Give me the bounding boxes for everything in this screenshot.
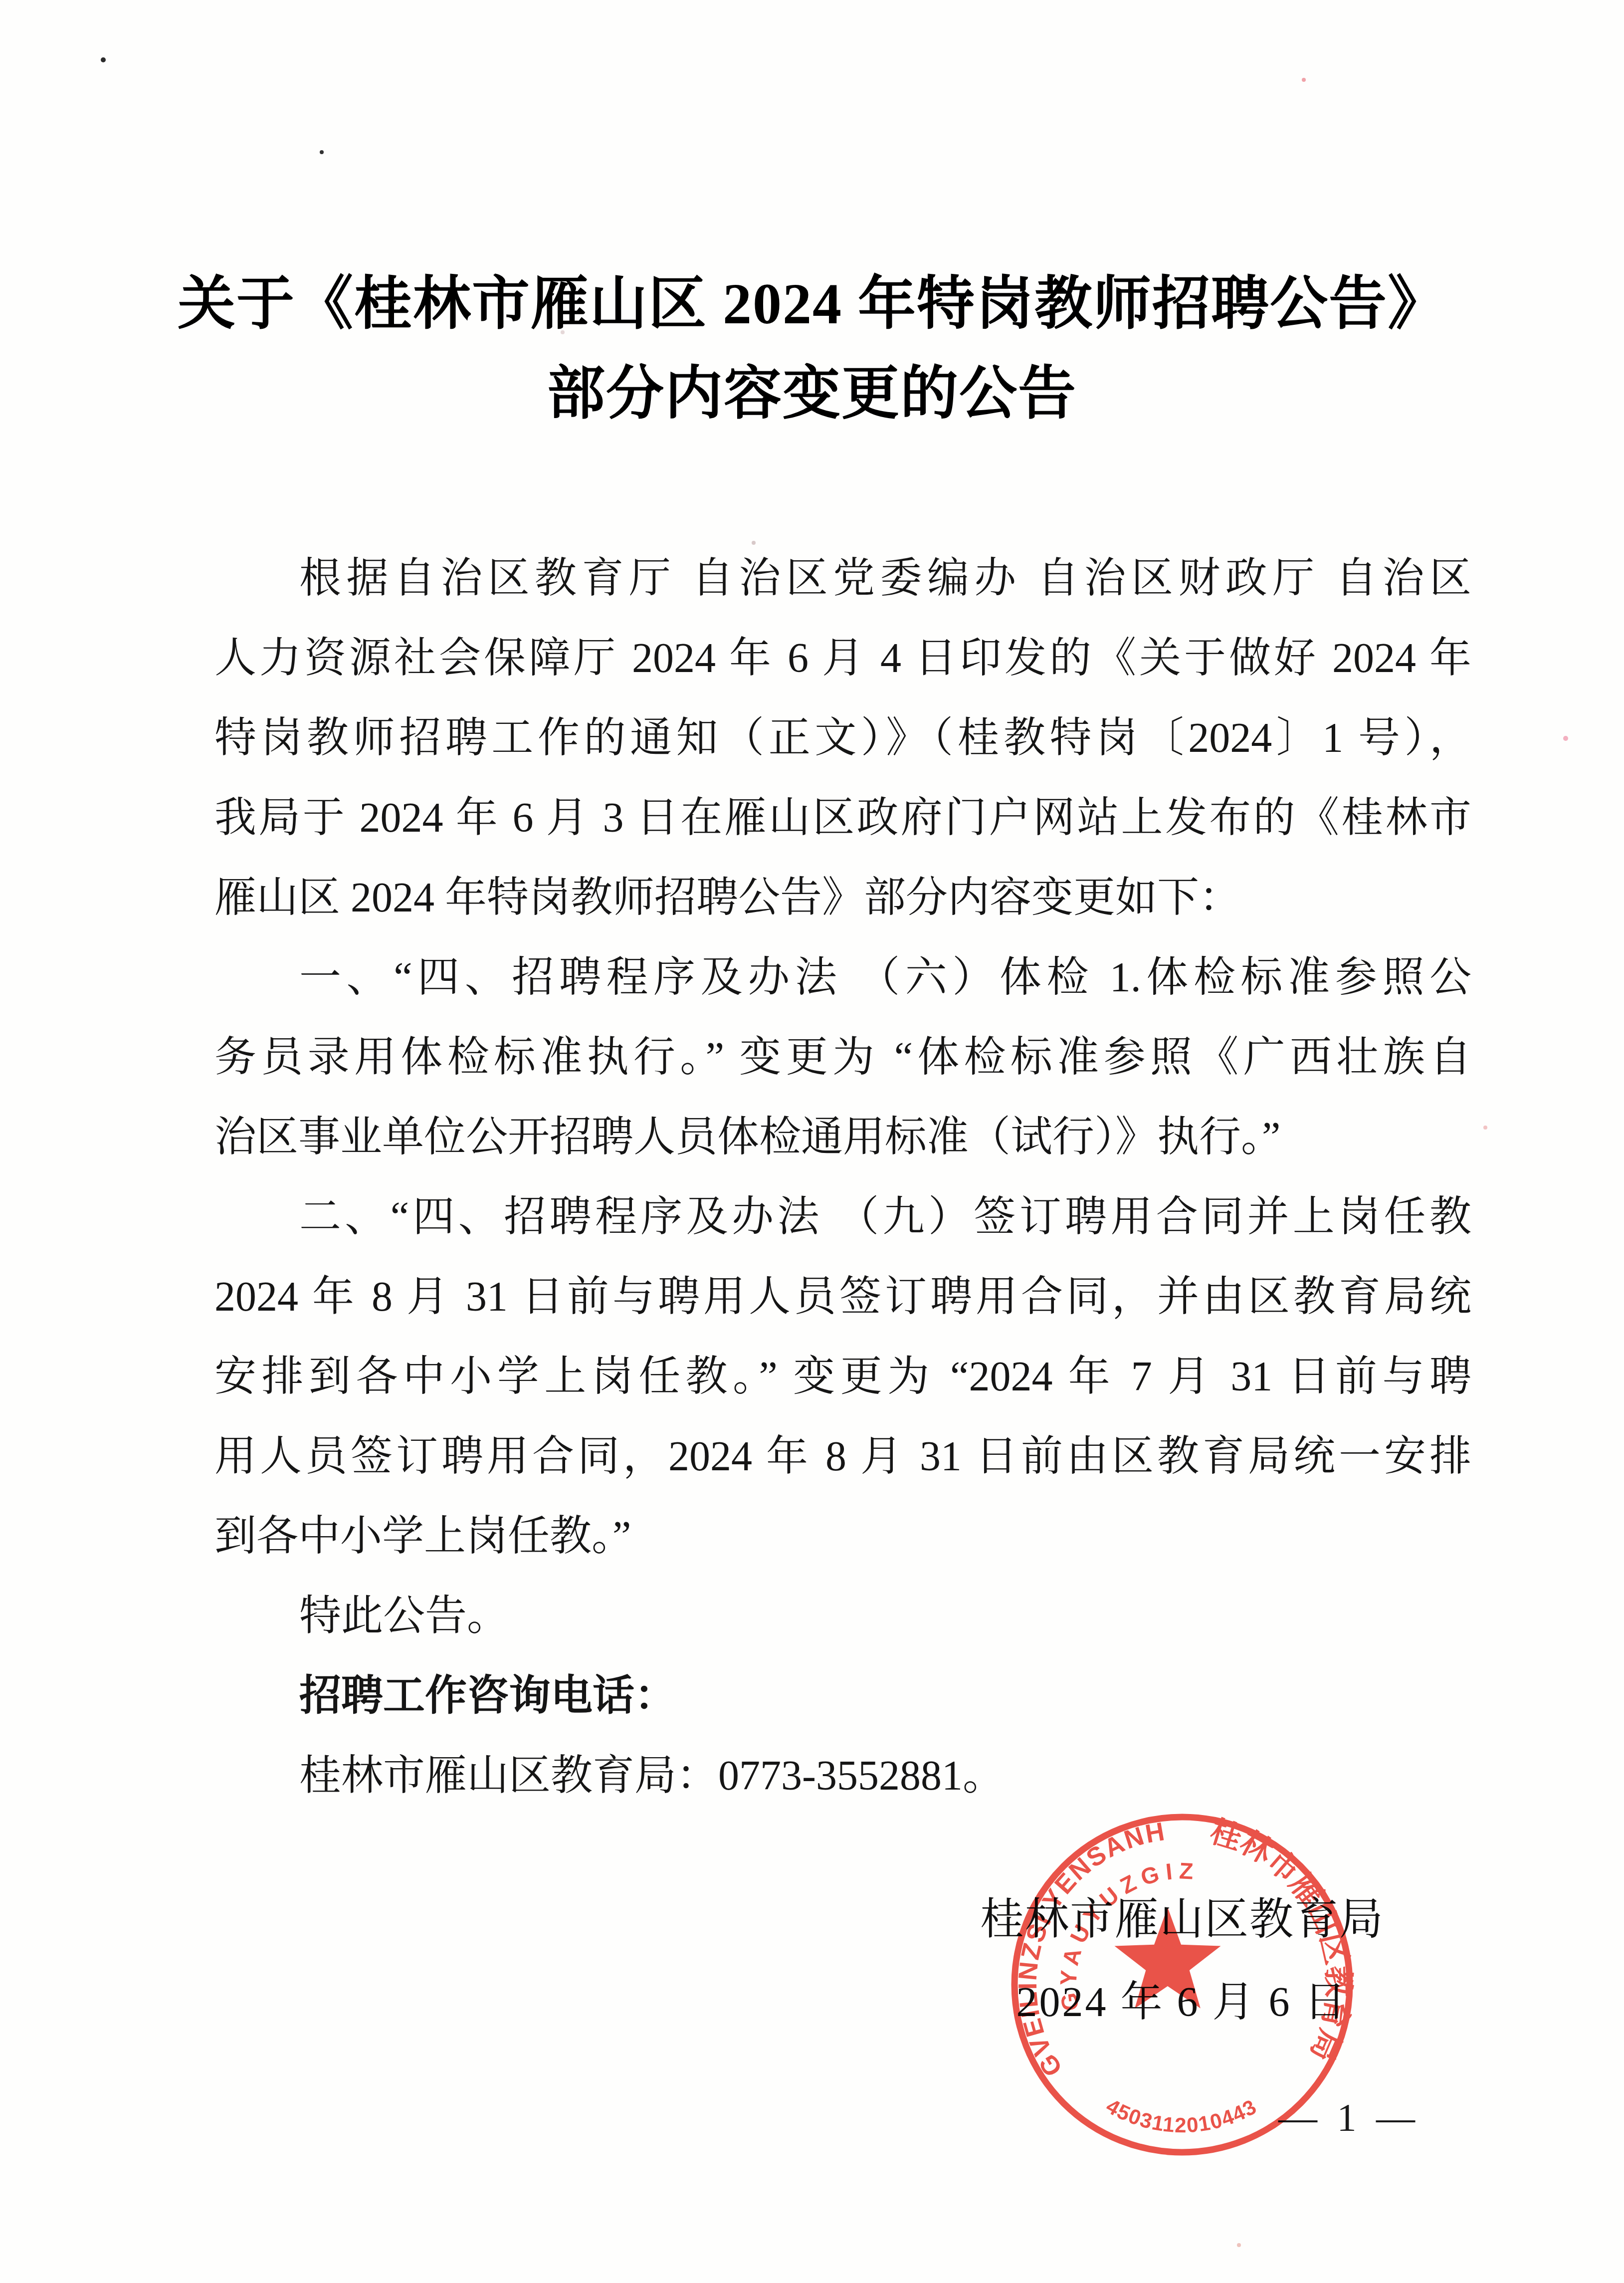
body-line: 2024 年 8 月 31 日前与聘用人员签订聘用合同，并由区教育局统 (214, 1257, 1471, 1337)
body-line: 治区事业单位公开招聘人员体检通用标准（试行）》执行。” (214, 1098, 1471, 1177)
page-number: — 1 — (1247, 2093, 1451, 2141)
body-line: 招聘工作咨询电话： (214, 1656, 1471, 1736)
body-line: 用人员签订聘用合同，2024 年 8 月 31 日前由区教育局统一安排 (214, 1417, 1471, 1497)
document-page: 关于《桂林市雁山区 2024 年特岗教师招聘公告》 部分内容变更的公告 根据自治… (0, 0, 1624, 2283)
body-line: 人力资源社会保障厅 2024 年 6 月 4 日印发的《关于做好 2024 年 (214, 619, 1471, 698)
signature-agency: 桂林市雁山区教育局 (948, 1890, 1417, 1950)
body-line: 特岗教师招聘工作的通知（正文）》（桂教特岗〔2024〕1 号）， (214, 698, 1471, 778)
seal-code: 4503112010443 (1102, 2094, 1261, 2137)
body-line: 根据自治区教育厅 自治区党委编办 自治区财政厅 自治区 (214, 539, 1471, 619)
body-line: 特此公告。 (214, 1577, 1471, 1656)
scan-noise-specks (0, 0, 2, 2)
title-line-2: 部分内容变更的公告 (0, 349, 1624, 439)
body-line: 安排到各中小学上岗任教。” 变更为 “2024 年 7 月 31 日前与聘 (214, 1337, 1471, 1417)
body-line: 到各中小学上岗任教。” (214, 1497, 1471, 1577)
title-line-1: 关于《桂林市雁山区 2024 年特岗教师招聘公告》 (0, 259, 1624, 349)
document-body: 根据自治区教育厅 自治区党委编办 自治区财政厅 自治区人力资源社会保障厅 202… (214, 539, 1471, 1816)
body-line: 二、“四、招聘程序及办法 （九）签订聘用合同并上岗任教 (214, 1177, 1471, 1257)
body-line: 桂林市雁山区教育局：0773-3552881。 (214, 1736, 1471, 1816)
document-title: 关于《桂林市雁山区 2024 年特岗教师招聘公告》 部分内容变更的公告 (0, 259, 1624, 439)
signature-date: 2024 年 6 月 6 日 (948, 1974, 1417, 2032)
body-line: 雁山区 2024 年特岗教师招聘公告》部分内容变更如下： (214, 858, 1471, 938)
seal-code-path: 4503112010443 (1102, 2094, 1261, 2137)
body-line: 务员录用体检标准执行。” 变更为 “体检标准参照《广西壮族自 (214, 1018, 1471, 1098)
body-line: 我局于 2024 年 6 月 3 日在雁山区政府门户网站上发布的《桂林市 (214, 778, 1471, 858)
body-line: 一、“四、招聘程序及办法 （六）体检 1.体检标准参照公 (214, 938, 1471, 1018)
